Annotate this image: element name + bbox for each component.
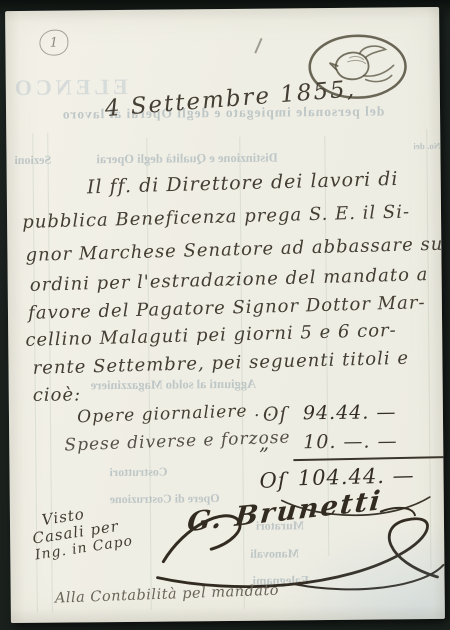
body-line: ordini per l'estradazione del mandato a <box>30 264 429 296</box>
bleed-row-magazziniere: Aggiunti al soldo Magazziniere <box>91 377 257 394</box>
visto-block: Visto Casali per Ing. in Capo <box>29 499 134 563</box>
pencil-number-annotation: 1 <box>39 29 68 55</box>
letter-paper: ELENCO del personale impiegato e degli O… <box>5 7 445 623</box>
footer-note: Alla Contabilità pel mandato <box>55 583 280 607</box>
bleed-col-qualita: Distinzione e Qualità degli Operai <box>96 150 277 167</box>
scanned-document-photo: { "document": { "annotation_number": "1"… <box>0 0 450 630</box>
account-row-label: Spese diverse e forzose <box>64 427 291 455</box>
account-row-label: Opere giornaliere . . <box>77 400 274 427</box>
body-line: pubblica Beneficenza prega S. E. il Si- <box>22 201 410 232</box>
body-line: cellino Malaguti pei giorni 5 e 6 cor- <box>25 320 397 351</box>
total-amount: 104.44. — <box>297 463 414 490</box>
stray-ink-mark <box>254 38 262 53</box>
body-line: rente Settembre, pei seguenti titoli e <box>32 348 409 379</box>
body-line: Il ff. di Direttore dei lavori di <box>87 168 399 198</box>
account-row-currency: Oſ <box>263 403 288 425</box>
account-row-currency: „ <box>259 433 270 455</box>
sum-rule <box>293 456 445 461</box>
body-line: favore del Pagatore Signor Dottor Mar- <box>28 292 426 324</box>
body-line: cioè: <box>33 384 82 405</box>
annotation-number: 1 <box>50 35 58 50</box>
bleed-row-costruttori: Costruttori <box>109 465 167 481</box>
account-row-amount: 94.44. — <box>303 401 397 424</box>
body-line: gnor Marchese Senatore ad abbassare suoi <box>25 233 445 266</box>
total-currency: Oſ <box>259 468 286 492</box>
paper-blue-tint <box>274 519 445 621</box>
account-row-amount: 10. —. — <box>303 430 398 453</box>
